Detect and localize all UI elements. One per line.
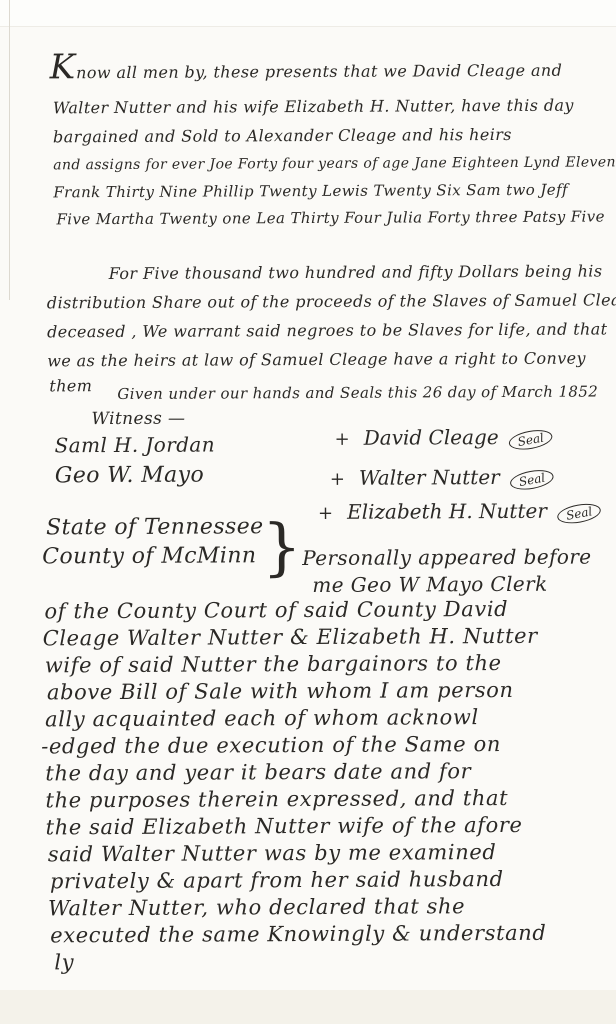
signature-david-cleage: +David CleageSeal [335,425,553,450]
handwritten-line: bargained and Sold to Alexander Cleage a… [53,120,512,151]
handwritten-line: of the County Court of said County David [44,596,508,625]
witness-signature: Geo W. Mayo [55,463,204,489]
signature-elizabeth-nutter: +Elizabeth H. NutterSeal [318,498,601,523]
state-line: State of Tennessee [46,514,264,540]
handwritten-line: the said Elizabeth Nutter wife of the af… [46,812,523,841]
handwritten-line: them [49,371,92,400]
handwritten-line: Walter Nutter and his wife Elizabeth H. … [53,91,574,123]
signature-block: +David CleageSeal +Walter NutterSeal +El… [0,0,613,2]
signature-mark: + [330,469,345,490]
signature-name: Elizabeth H. Nutter [347,499,547,524]
document-scan: Know all men by, these presents that we … [0,0,616,1024]
handwritten-line: me Geo W Mayo Clerk [312,572,547,597]
witness-label: Witness — [91,409,185,429]
handwritten-line: privately & apart from her said husband [50,866,504,895]
signature-name: David Cleage [364,425,499,450]
deed-consideration-paragraph: For Five thousand two hundred and fifty … [0,0,613,2]
handwritten-line: Cleage Walter Nutter & Elizabeth H. Nutt… [43,623,538,653]
handwritten-line: deceased , We warrant said negroes to be… [47,314,608,346]
seal-scribble: Seal [556,501,603,527]
signature-walter-nutter: +Walter NutterSeal [330,465,554,490]
handwritten-line: Walter Nutter, who declared that she [48,893,465,922]
handwritten-line: Five Martha Twenty one Lea Thirty Four J… [56,202,605,234]
handwritten-line: For Five thousand two hundred and fifty … [109,256,603,288]
seal-scribble: Seal [508,467,555,493]
handwritten-line: ly [54,949,74,976]
handwritten-line: we as the heirs at law of Samuel Cleage … [47,344,586,376]
handwritten-line: ally acquainted each of whom acknowl [45,704,479,733]
signature-mark: + [335,429,350,450]
signature-name: Walter Nutter [359,465,500,490]
acknowledgment-body: of the County Court of said County David… [0,0,613,2]
execution-date-line: Given under our hands and Seals this 26 … [117,382,598,403]
handwritten-line: Personally appeared before [302,545,591,571]
handwritten-line: -edged the due execution of the Same on [41,731,501,760]
county-line: County of McMinn [42,543,256,569]
handwritten-line: the purposes therein expressed, and that [45,785,508,814]
handwritten-line: said Walter Nutter was by me examined [48,839,497,868]
handwritten-line: above Bill of Sale with whom I am person [47,677,514,706]
handwritten-line: distribution Share out of the proceeds o… [47,285,616,317]
seal-scribble: Seal [507,427,554,453]
handwritten-line: the day and year it bears date and for [45,758,471,787]
signature-mark: + [318,503,333,524]
handwritten-line: executed the same Knowingly & understand [50,920,546,950]
deed-opening-paragraph: Know all men by, these presents that we … [0,0,613,2]
acknowledgment-venue: State of Tennessee County of McMinn } Pe… [0,0,613,2]
witness-block: Witness — Saml H. Jordan Geo W. Mayo [0,0,613,2]
witness-signature: Saml H. Jordan [55,432,215,457]
handwritten-line: wife of said Nutter the bargainors to th… [45,650,502,679]
venue-brace: } [262,516,302,578]
handwritten-line: Know all men by, these presents that we … [50,51,563,88]
